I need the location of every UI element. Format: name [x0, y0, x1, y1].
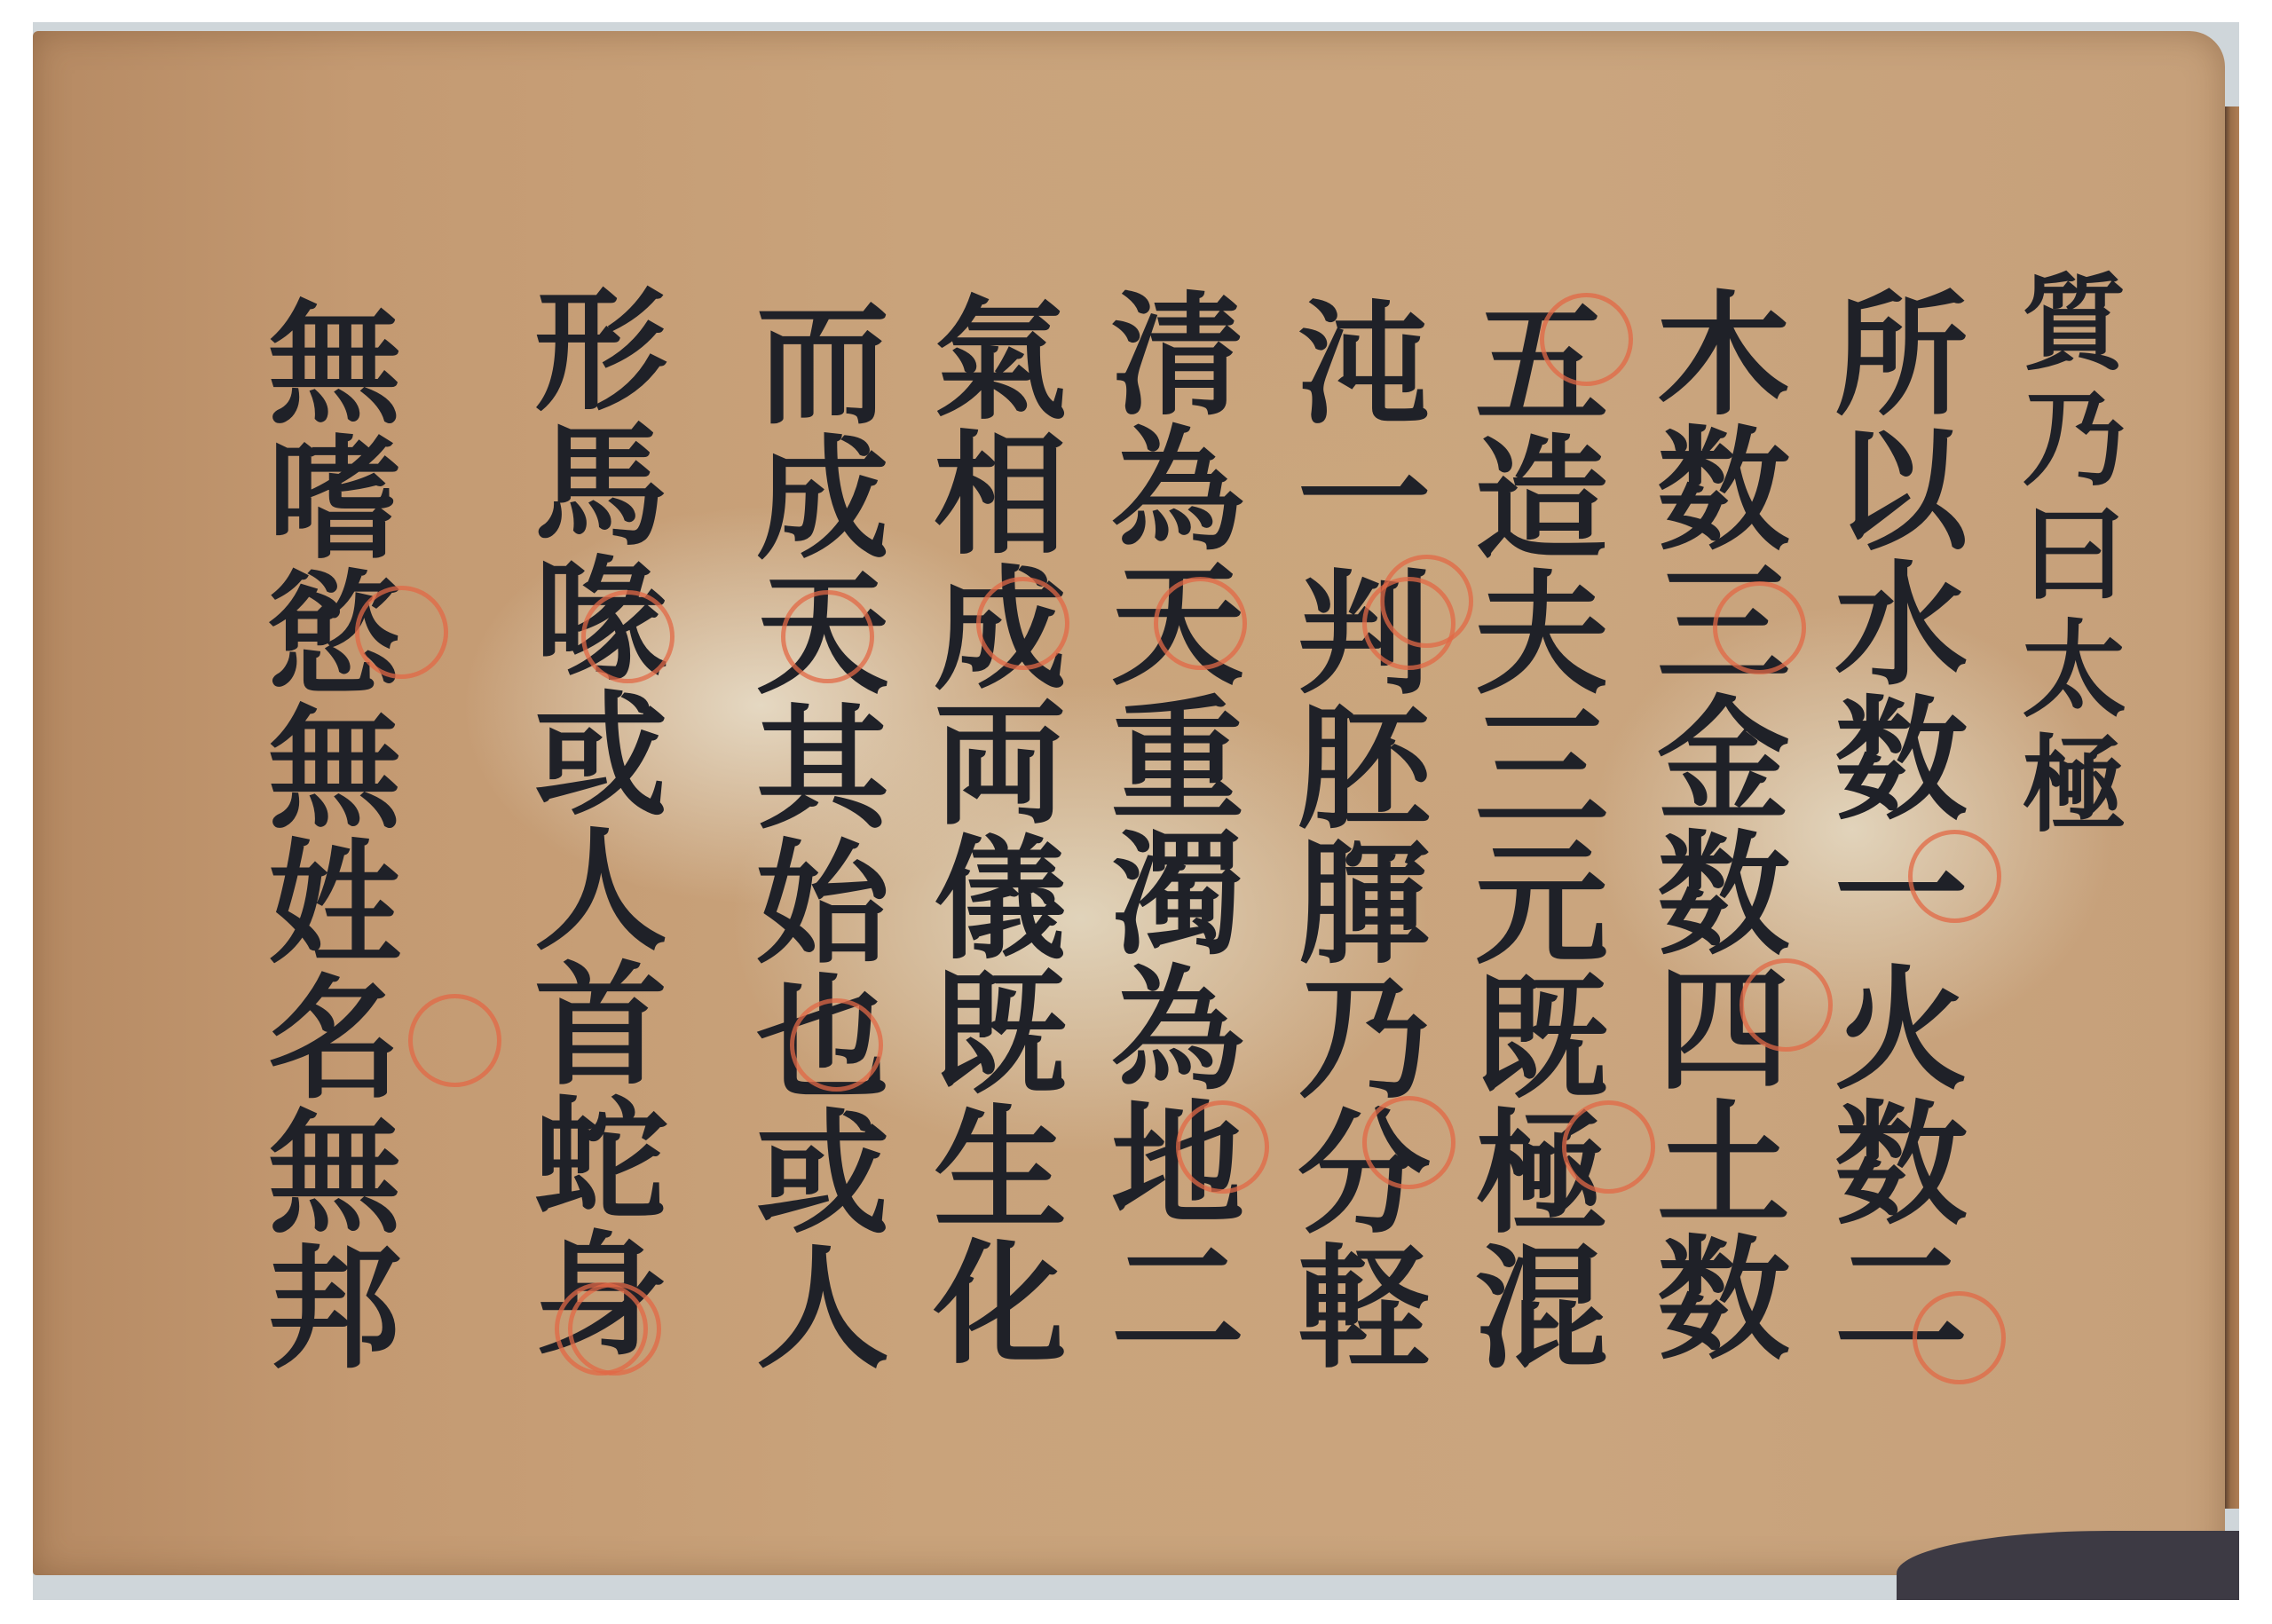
glyph: 濁 [1093, 828, 1262, 963]
glyph: 以 [1817, 423, 1985, 558]
manuscript-page: 質乃曰太極所以水数一火数二木数三金数四土数五造夫三元既極混沌一判胚腪乃分軽清為天… [33, 31, 2225, 1575]
text-column-4: 五造夫三元既極混 [1457, 297, 1626, 1376]
glyph: 腪 [1280, 837, 1448, 972]
glyph: 両 [916, 698, 1085, 832]
glyph: 生 [916, 1102, 1085, 1237]
glyph: 而 [738, 297, 907, 432]
glyph: 清 [1093, 288, 1262, 423]
glyph: 姓 [250, 837, 419, 972]
glyph: 夫 [1457, 567, 1626, 702]
glyph: 氣 [916, 293, 1085, 428]
glyph: 始 [738, 837, 907, 972]
glyph: 胚 [1280, 702, 1448, 837]
glyph: 人 [517, 824, 685, 958]
glyph: 名 [250, 972, 419, 1107]
text-column-7: 氣相成両儀既生化 [916, 293, 1085, 1372]
glyph: 既 [1457, 972, 1626, 1107]
red-punctuation-circle [790, 998, 883, 1092]
glyph: 或 [738, 1107, 907, 1242]
glyph: 蛇 [517, 1093, 685, 1228]
glyph: 混 [1457, 1242, 1626, 1376]
text-column-3: 木数三金数四土数 [1639, 288, 1808, 1368]
glyph: 既 [916, 967, 1085, 1102]
glyph: 数 [1639, 828, 1808, 963]
glyph: 曰 [1990, 497, 2158, 612]
glyph: 為 [1093, 423, 1262, 558]
glyph: 造 [1457, 432, 1626, 567]
glyph: 乃 [1990, 382, 2158, 497]
red-punctuation-circle [1176, 1100, 1269, 1194]
glyph: 乃 [1280, 972, 1448, 1107]
red-punctuation-circle [1908, 830, 2001, 923]
glyph: 二 [1093, 1233, 1262, 1368]
glyph: 所 [1817, 288, 1985, 423]
red-punctuation-circle [1562, 1100, 1655, 1194]
red-punctuation-circle [1154, 577, 1247, 670]
glyph: 数 [1817, 1098, 1985, 1233]
glyph: 数 [1817, 693, 1985, 828]
red-punctuation-circle [1362, 1096, 1455, 1189]
red-punctuation-circle [781, 590, 874, 683]
red-punctuation-circle [355, 586, 448, 679]
glyph: 重 [1093, 693, 1262, 828]
glyph: 太 [1990, 612, 2158, 728]
glyph: 化 [916, 1237, 1085, 1372]
red-punctuation-circle [976, 577, 1069, 670]
glyph: 成 [738, 432, 907, 567]
glyph: 邦 [250, 1242, 419, 1376]
book-fold-edge [2225, 106, 2239, 1509]
text-block: 質乃曰太極所以水数一火数二木数三金数四土数五造夫三元既極混沌一判胚腪乃分軽清為天… [33, 31, 2225, 1575]
red-punctuation-circle [408, 994, 501, 1087]
glyph: 為 [1093, 963, 1262, 1098]
glyph: 金 [1639, 693, 1808, 828]
glyph: 或 [517, 689, 685, 824]
text-column-1: 質乃曰太極 [1990, 266, 2158, 843]
glyph: 沌 [1280, 297, 1448, 432]
red-punctuation-circle [568, 1282, 661, 1376]
glyph: 木 [1639, 288, 1808, 423]
glyph: 土 [1639, 1098, 1808, 1233]
text-column-8: 而成天其始也或人 [738, 297, 907, 1376]
text-column-2: 所以水数一火数二 [1817, 288, 1985, 1368]
red-punctuation-circle [1913, 1291, 2006, 1384]
glyph: 火 [1817, 963, 1985, 1098]
glyph: 無 [250, 297, 419, 432]
glyph: 無 [250, 1107, 419, 1242]
text-column-9: 形馬喙或人首蛇身 [517, 284, 685, 1363]
text-column-5: 沌一判胚腪乃分軽 [1280, 297, 1448, 1376]
glyph: 嗜 [250, 432, 419, 567]
glyph: 形 [517, 284, 685, 419]
glyph: 馬 [517, 419, 685, 554]
red-punctuation-circle [1739, 958, 1833, 1052]
glyph: 其 [738, 702, 907, 837]
glyph: 一 [1280, 432, 1448, 567]
glyph: 首 [517, 958, 685, 1093]
glyph: 数 [1639, 1233, 1808, 1368]
red-punctuation-circle [581, 590, 674, 683]
text-column-6: 清為天重濁為地二 [1093, 288, 1262, 1368]
red-punctuation-circle [1380, 555, 1473, 648]
glyph: 質 [1990, 266, 2158, 382]
glyph: 軽 [1280, 1242, 1448, 1376]
glyph: 人 [738, 1242, 907, 1376]
manuscript-photo: 質乃曰太極所以水数一火数二木数三金数四土数五造夫三元既極混沌一判胚腪乃分軽清為天… [33, 22, 2239, 1600]
glyph: 数 [1639, 423, 1808, 558]
text-column-10: 無嗜慾無姓名無邦 [250, 297, 419, 1376]
glyph: 極 [1990, 728, 2158, 843]
glyph: 儀 [916, 832, 1085, 967]
glyph: 水 [1817, 558, 1985, 693]
red-punctuation-circle [1540, 293, 1633, 386]
glyph: 相 [916, 428, 1085, 563]
glyph: 元 [1457, 837, 1626, 972]
glyph: 無 [250, 702, 419, 837]
red-punctuation-circle [1713, 581, 1806, 674]
glyph: 三 [1457, 702, 1626, 837]
